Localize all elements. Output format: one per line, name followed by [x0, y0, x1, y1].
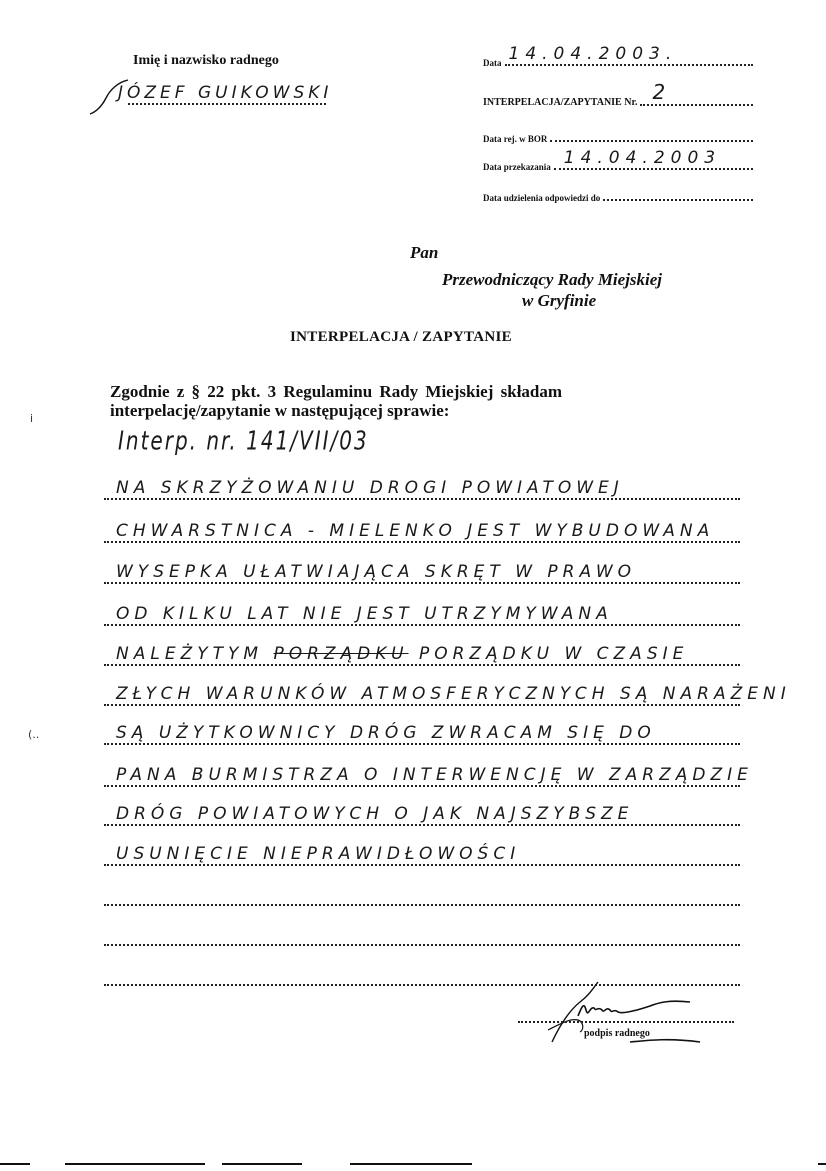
dotted-line — [104, 785, 740, 787]
document-title: INTERPELACJA / ZAPYTANIE — [290, 329, 512, 346]
struck-out-word: PORZĄDKU — [273, 644, 408, 664]
body-line: CHWARSTNICA - MIELENKO JEST WYBUDOWANA — [104, 505, 740, 543]
signature-dotted-line — [518, 1021, 734, 1023]
body-line: NALEŻYTYM PORZĄDKU PORZĄDKU W CZASIE — [104, 628, 740, 666]
reference-number-handwritten: Interp. nr. 141/VII/03 — [118, 425, 369, 456]
body-line: OD KILKU LAT NIE JEST UTRZYMYWANA — [104, 588, 740, 626]
number-label: INTERPELACJA/ZAPYTANIE Nr. — [483, 97, 637, 108]
handwritten-text: WYSEPKA UŁATWIAJĄCA SKRĘT W PRAWO — [116, 562, 636, 582]
handwriting-flourish — [88, 76, 138, 116]
body-line: NA SKRZYŻOWANIU DROGI POWIATOWEJ — [104, 462, 740, 500]
dotted-line — [104, 743, 740, 745]
handover-date-field: Data przekazania 14.04.2003 — [483, 162, 753, 172]
handwritten-text: CHWARSTNICA - MIELENKO JEST WYBUDOWANA — [116, 521, 714, 541]
dotted-line — [104, 664, 740, 666]
date-value: 14.04.2003. — [509, 44, 678, 64]
number-value: 2 — [652, 80, 668, 104]
reply-deadline-field: Data udzielenia odpowiedzi do — [483, 193, 753, 203]
body-line — [104, 908, 740, 946]
dotted-line — [104, 582, 740, 584]
handover-value: 14.04.2003 — [564, 148, 721, 168]
handwritten-text: NA SKRZYŻOWANIU DROGI POWIATOWEJ — [116, 478, 624, 498]
bor-registration-date-field: Data rej. w BOR — [483, 134, 753, 144]
date-label: Data — [483, 58, 502, 68]
scan-edge-mark — [818, 1163, 826, 1165]
body-line: ZŁYCH WARUNKÓW ATMOSFERYCZNYCH SĄ NARAŻE… — [104, 668, 740, 706]
signature — [540, 980, 740, 1050]
dotted-line — [104, 624, 740, 626]
scan-edge-mark — [350, 1163, 472, 1165]
body-line: DRÓG POWIATOWYCH O JAK NAJSZYBSZE — [104, 788, 740, 826]
handwritten-text: OD KILKU LAT NIE JEST UTRZYMYWANA — [116, 604, 613, 624]
handwritten-text: SĄ UŻYTKOWNICY DRÓG ZWRACAM SIĘ DO — [116, 723, 656, 743]
councillor-name-label: Imię i nazwisko radnego — [133, 53, 279, 69]
dotted-line — [104, 541, 740, 543]
reply-label: Data udzielenia odpowiedzi do — [483, 193, 600, 203]
intro-line-2: interpelację/zapytanie w następującej sp… — [110, 401, 449, 421]
dotted-line — [104, 864, 740, 866]
handwritten-text: NALEŻYTYM PORZĄDKU PORZĄDKU W CZASIE — [116, 644, 688, 664]
recipient-location: w Gryfinie — [522, 291, 596, 311]
body-line: WYSEPKA UŁATWIAJĄCA SKRĘT W PRAWO — [104, 546, 740, 584]
dotted-line — [104, 824, 740, 826]
dotted-line — [104, 498, 740, 500]
recipient-salutation: Pan — [410, 243, 438, 263]
councillor-name-handwritten: JÓZEF GUIKOWSKI — [118, 83, 332, 103]
scan-edge-mark — [65, 1163, 205, 1165]
name-dotted-line — [128, 103, 326, 105]
handover-label: Data przekazania — [483, 162, 551, 172]
scan-edge-mark — [222, 1163, 302, 1165]
body-line: USUNIĘCIE NIEPRAWIDŁOWOŚCI — [104, 828, 740, 866]
handwritten-text: USUNIĘCIE NIEPRAWIDŁOWOŚCI — [116, 844, 520, 864]
body-line: SĄ UŻYTKOWNICY DRÓG ZWRACAM SIĘ DO — [104, 707, 740, 745]
date-field: Data 14.04.2003. — [483, 58, 753, 68]
handwritten-text: DRÓG POWIATOWYCH O JAK NAJSZYBSZE — [116, 804, 633, 824]
dotted-line — [104, 944, 740, 946]
body-line — [104, 868, 740, 906]
margin-mark: (.. — [28, 728, 39, 741]
intro-line-1: Zgodnie z § 22 pkt. 3 Regulaminu Rady Mi… — [110, 382, 562, 402]
bor-label: Data rej. w BOR — [483, 134, 547, 144]
margin-mark: i — [30, 412, 33, 425]
signature-label: podpis radnego — [584, 1028, 650, 1039]
recipient-title: Przewodniczący Rady Miejskiej — [442, 270, 662, 290]
dotted-line — [104, 904, 740, 906]
body-line: PANA BURMISTRZA O INTERWENCJĘ W ZARZĄDZI… — [104, 749, 740, 787]
handwritten-text: ZŁYCH WARUNKÓW ATMOSFERYCZNYCH SĄ NARAŻE… — [116, 684, 791, 704]
scan-edge-mark — [0, 1163, 30, 1165]
handwritten-text: PANA BURMISTRZA O INTERWENCJĘ W ZARZĄDZI… — [116, 765, 753, 785]
dotted-line — [104, 704, 740, 706]
number-field: INTERPELACJA/ZAPYTANIE Nr. 2 — [483, 97, 753, 108]
document-page: Imię i nazwisko radnego JÓZEF GUIKOWSKI … — [0, 0, 826, 1171]
